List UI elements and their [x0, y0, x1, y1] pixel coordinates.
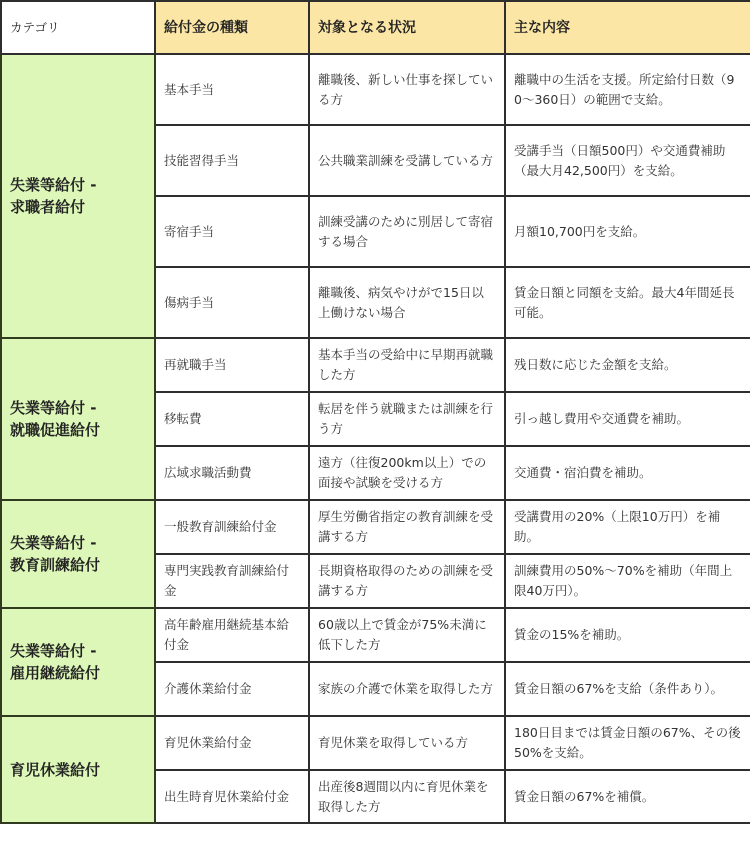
- category-line-2: 雇用継続給付: [10, 662, 146, 684]
- content-cell: 受講手当（日額500円）や交通費補助（最大月42,500円）を支給。: [505, 125, 750, 196]
- situation-cell: 出産後8週間以内に育児休業を取得した方: [309, 770, 505, 823]
- category-cell: 失業等給付 - 就職促進給付: [1, 338, 155, 500]
- header-row: カテゴリ 給付金の種類 対象となる状況 主な内容: [1, 1, 750, 54]
- type-cell: 技能習得手当: [155, 125, 309, 196]
- type-cell: 専門実践教育訓練給付金: [155, 554, 309, 608]
- table-row: 失業等給付 - 求職者給付 基本手当 離職後、新しい仕事を探している方 離職中の…: [1, 54, 750, 125]
- content-cell: 受講費用の20%（上限10万円）を補助。: [505, 500, 750, 554]
- content-cell: 引っ越し費用や交通費を補助。: [505, 392, 750, 446]
- content-cell: 賃金の15%を補助。: [505, 608, 750, 662]
- situation-cell: 長期資格取得のための訓練を受講する方: [309, 554, 505, 608]
- header-type: 給付金の種類: [155, 1, 309, 54]
- category-cell: 育児休業給付: [1, 716, 155, 823]
- type-cell: 高年齢雇用継続基本給付金: [155, 608, 309, 662]
- category-line-1: 失業等給付 -: [10, 640, 146, 662]
- situation-cell: 60歳以上で賃金が75%未満に低下した方: [309, 608, 505, 662]
- table-row: 失業等給付 - 雇用継続給付 高年齢雇用継続基本給付金 60歳以上で賃金が75%…: [1, 608, 750, 662]
- type-cell: 広域求職活動費: [155, 446, 309, 500]
- category-line-1: 失業等給付 -: [10, 174, 146, 196]
- situation-cell: 育児休業を取得している方: [309, 716, 505, 770]
- category-line-2: 就職促進給付: [10, 419, 146, 441]
- content-cell: 賃金日額と同額を支給。最大4年間延長可能。: [505, 267, 750, 338]
- type-cell: 寄宿手当: [155, 196, 309, 267]
- type-cell: 育児休業給付金: [155, 716, 309, 770]
- type-cell: 一般教育訓練給付金: [155, 500, 309, 554]
- type-cell: 再就職手当: [155, 338, 309, 392]
- table-row: 失業等給付 - 就職促進給付 再就職手当 基本手当の受給中に早期再就職した方 残…: [1, 338, 750, 392]
- situation-cell: 転居を伴う就職または訓練を行う方: [309, 392, 505, 446]
- benefits-table: カテゴリ 給付金の種類 対象となる状況 主な内容 失業等給付 - 求職者給付 基…: [0, 0, 750, 824]
- category-cell: 失業等給付 - 求職者給付: [1, 54, 155, 338]
- table-row: 失業等給付 - 教育訓練給付 一般教育訓練給付金 厚生労働省指定の教育訓練を受講…: [1, 500, 750, 554]
- content-cell: 訓練費用の50%〜70%を補助（年間上限40万円）。: [505, 554, 750, 608]
- header-category: カテゴリ: [1, 1, 155, 54]
- header-content: 主な内容: [505, 1, 750, 54]
- situation-cell: 厚生労働省指定の教育訓練を受講する方: [309, 500, 505, 554]
- category-line-2: 求職者給付: [10, 196, 146, 218]
- category-line-2: 教育訓練給付: [10, 554, 146, 576]
- situation-cell: 離職後、新しい仕事を探している方: [309, 54, 505, 125]
- content-cell: 賃金日額の67%を補償。: [505, 770, 750, 823]
- situation-cell: 公共職業訓練を受講している方: [309, 125, 505, 196]
- content-cell: 賃金日額の67%を支給（条件あり）。: [505, 662, 750, 716]
- category-line-1: 失業等給付 -: [10, 397, 146, 419]
- type-cell: 基本手当: [155, 54, 309, 125]
- table-row: 育児休業給付 育児休業給付金 育児休業を取得している方 180日目までは賃金日額…: [1, 716, 750, 770]
- type-cell: 出生時育児休業給付金: [155, 770, 309, 823]
- content-cell: 残日数に応じた金額を支給。: [505, 338, 750, 392]
- situation-cell: 訓練受講のために別居して寄宿する場合: [309, 196, 505, 267]
- situation-cell: 離職後、病気やけがで15日以上働けない場合: [309, 267, 505, 338]
- content-cell: 交通費・宿泊費を補助。: [505, 446, 750, 500]
- situation-cell: 基本手当の受給中に早期再就職した方: [309, 338, 505, 392]
- content-cell: 月額10,700円を支給。: [505, 196, 750, 267]
- content-cell: 離職中の生活を支援。所定給付日数（90〜360日）の範囲で支給。: [505, 54, 750, 125]
- type-cell: 傷病手当: [155, 267, 309, 338]
- type-cell: 移転費: [155, 392, 309, 446]
- type-cell: 介護休業給付金: [155, 662, 309, 716]
- category-cell: 失業等給付 - 教育訓練給付: [1, 500, 155, 608]
- header-situation: 対象となる状況: [309, 1, 505, 54]
- category-line-1: 育児休業給付: [10, 759, 146, 781]
- category-cell: 失業等給付 - 雇用継続給付: [1, 608, 155, 716]
- situation-cell: 家族の介護で休業を取得した方: [309, 662, 505, 716]
- content-cell: 180日目までは賃金日額の67%、その後50%を支給。: [505, 716, 750, 770]
- category-line-1: 失業等給付 -: [10, 532, 146, 554]
- situation-cell: 遠方（往復200km以上）での面接や試験を受ける方: [309, 446, 505, 500]
